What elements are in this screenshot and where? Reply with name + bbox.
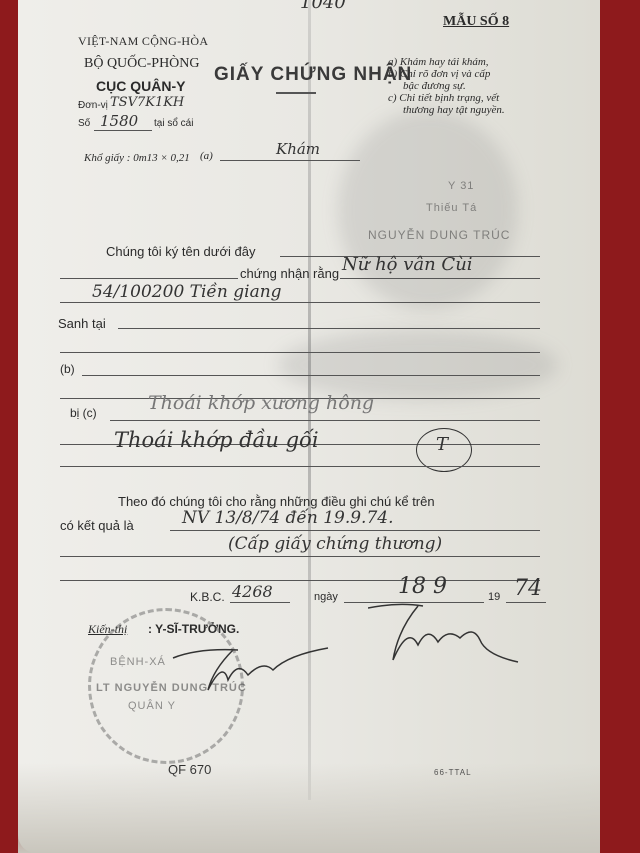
field-c-label: bị (c) bbox=[70, 406, 97, 420]
ghost-stamp-line3: NGUYỄN DUNG TRÚC bbox=[368, 228, 510, 242]
note-c: c) Chi tiết bịnh trạng, vết bbox=[388, 92, 499, 104]
number-suffix: tại sổ cái bbox=[154, 118, 193, 129]
line-2 bbox=[60, 302, 540, 303]
circled-mark-text: T bbox=[436, 434, 448, 455]
line-2-value: 54/100200 Tiền giang bbox=[92, 282, 282, 302]
result-value-1: NV 13/8/74 đến 19.9.74. bbox=[182, 508, 393, 528]
seal-text-3: QUÂN Y bbox=[128, 700, 176, 712]
note-b-cont: bậc đương sự. bbox=[403, 80, 466, 92]
field-a-line bbox=[220, 160, 360, 161]
intro-text: Chúng tôi ký tên dưới đây bbox=[106, 244, 255, 259]
note-c-cont: thương hay tật nguyền. bbox=[403, 104, 505, 116]
printer-code: 66-TTAL bbox=[434, 768, 472, 777]
ghost-stamp-line1: Y 31 bbox=[448, 180, 474, 192]
field-a-value: Khám bbox=[276, 140, 320, 158]
result-value-2: (Cấp giấy chứng thương) bbox=[228, 534, 442, 554]
birth-line bbox=[118, 328, 540, 329]
certificate-document: 1040 VIỆT-NAM CỘNG-HÒA BỘ QUỐC-PHÒNG CỤC… bbox=[18, 0, 600, 853]
number-value: 1580 bbox=[100, 112, 138, 130]
kbc-line bbox=[230, 602, 290, 603]
top-handwritten-number: 1040 bbox=[300, 0, 346, 13]
note-b: b) Chỉ rõ đơn vị và cấp bbox=[388, 68, 490, 80]
smudge bbox=[278, 330, 558, 400]
certify-line bbox=[340, 278, 540, 279]
number-label: Số bbox=[78, 118, 90, 129]
paper-size: Khổ giấy : 0m13 × 0,21 bbox=[84, 152, 190, 164]
result-line bbox=[170, 530, 540, 531]
ministry-name: BỘ QUỐC-PHÒNG bbox=[84, 56, 200, 72]
form-number: MẪU SỐ 8 bbox=[443, 14, 509, 30]
form-code: QF 670 bbox=[168, 762, 211, 777]
date-value: 18 9 bbox=[398, 574, 447, 599]
conclusion-text: Theo đó chúng tôi cho rằng những điều gh… bbox=[118, 494, 435, 509]
result-line-2 bbox=[60, 556, 540, 557]
condition-line1: Thoái khớp xương hông bbox=[148, 392, 374, 414]
result-label: có kết quả là bbox=[60, 518, 134, 533]
year-value: 74 bbox=[514, 576, 542, 601]
note-a: a) Khám hay tái khám, bbox=[388, 56, 489, 68]
document-title: GIẤY CHỨNG NHẬN bbox=[214, 64, 412, 86]
unit-value: TSV7K1KH bbox=[110, 95, 184, 110]
ghost-stamp-line2: Thiếu Tá bbox=[426, 202, 477, 214]
signature-right-icon bbox=[368, 600, 538, 670]
blank-line bbox=[60, 466, 540, 467]
condition-line2: Thoái khớp đầu gối bbox=[114, 428, 319, 452]
field-b-line bbox=[82, 375, 540, 376]
title-underline bbox=[276, 92, 316, 94]
number-line bbox=[94, 130, 152, 131]
certify-value: Nữ hộ vân Cùi bbox=[342, 254, 473, 275]
signature-left-icon bbox=[168, 640, 338, 700]
field-a-label: (a) bbox=[200, 150, 213, 162]
field-b-label: (b) bbox=[60, 362, 75, 376]
blank-line bbox=[60, 352, 540, 353]
kbc-value: 4268 bbox=[232, 582, 273, 601]
field-c-line bbox=[110, 420, 540, 421]
blank-line bbox=[60, 580, 540, 581]
unit-label: Đơn-vị bbox=[78, 100, 108, 111]
birth-label: Sanh tại bbox=[58, 316, 106, 331]
seal-text-1: BỆNH-XÁ bbox=[110, 656, 166, 668]
certify-label: chứng nhận rằng bbox=[240, 266, 339, 281]
date-label: ngày bbox=[314, 591, 338, 603]
kbc-label: K.B.C. bbox=[190, 590, 225, 604]
department-name: CỤC QUÂN-Y bbox=[96, 78, 185, 94]
country-name: VIỆT-NAM CỘNG-HÒA bbox=[78, 34, 208, 49]
certify-leading-line bbox=[60, 278, 238, 279]
